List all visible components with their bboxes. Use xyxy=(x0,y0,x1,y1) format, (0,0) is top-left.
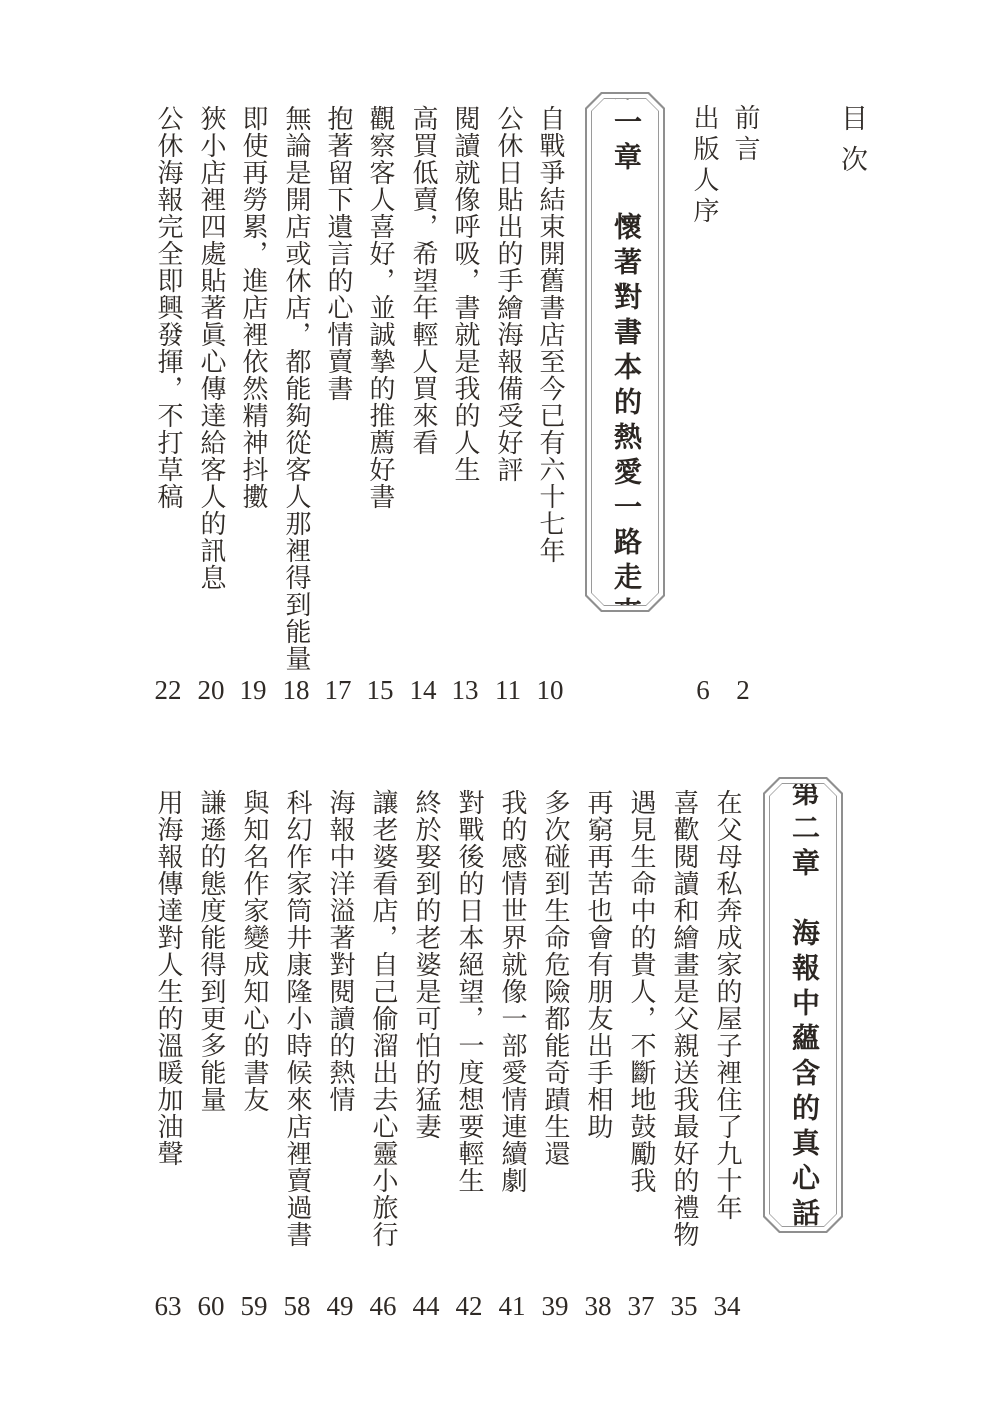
toc-entry-page: 63 xyxy=(143,1291,193,1321)
toc-entry-title: 多次碰到生命危險都能奇蹟生還 xyxy=(542,789,568,1167)
toc-entry-title: 對戰後的日本絕望，一度想要輕生 xyxy=(456,789,482,1194)
chapter-2-heading-box: 第二章 海報中蘊含的真心話 xyxy=(763,777,843,1233)
toc-entry-page: 42 xyxy=(444,1291,494,1321)
toc-entry-title: 狹小店裡四處貼著眞心傳達給客人的訊息 xyxy=(198,105,224,591)
toc-entry-title: 與知名作家變成知心的書友 xyxy=(241,789,267,1113)
toc-entry-title: 終於娶到的老婆是可怕的猛妻 xyxy=(413,789,439,1140)
front-matter-title: 前言 xyxy=(732,104,758,166)
front-matter-page: 6 xyxy=(678,675,728,705)
toc-entry-page: 20 xyxy=(186,675,236,705)
toc-entry-page: 39 xyxy=(530,1291,580,1321)
toc-entry-page: 37 xyxy=(616,1291,666,1321)
chapter-1-heading: 第一章 懷著對書本的熱愛一路走來 xyxy=(610,72,640,632)
toc-entry-title: 自戰爭結束開舊書店至今已有六十七年 xyxy=(537,105,563,564)
toc-entry-title: 閱讀就像呼吸，書就是我的人生 xyxy=(452,105,478,483)
toc-entry-title: 遇見生命中的貴人，不斷地鼓勵我 xyxy=(628,789,654,1194)
toc-entry-title: 海報中洋溢著對閱讀的熱情 xyxy=(327,789,353,1113)
toc-entry-page: 22 xyxy=(143,675,193,705)
toc-entry-title: 用海報傳達對人生的溫暖加油聲 xyxy=(155,789,181,1167)
toc-entry-title: 即使再勞累，進店裡依然精神抖擻 xyxy=(240,105,266,510)
toc-entry-title: 公休海報完全即興發揮，不打草稿 xyxy=(155,105,181,510)
toc-entry-title: 謙遜的態度能得到更多能量 xyxy=(198,789,224,1113)
toc-entry-page: 34 xyxy=(702,1291,752,1321)
chapter-frame-inner: 第一章 懷著對書本的熱愛一路走來 xyxy=(592,99,658,605)
toc-entry-title: 我的感情世界就像一部愛情連續劇 xyxy=(499,789,525,1194)
toc-entry-title: 再窮再苦也會有朋友出手相助 xyxy=(585,789,611,1140)
toc-page: 目次 前言 2 出版人序 6 第一章 懷著對書本的熱愛一路走來 自戰爭結束開舊書… xyxy=(0,0,1000,1419)
toc-entry-page: 18 xyxy=(271,675,321,705)
toc-entry-page: 60 xyxy=(186,1291,236,1321)
chapter-1-heading-box: 第一章 懷著對書本的熱愛一路走來 xyxy=(585,92,665,612)
toc-entry-title: 讓老婆看店，自己偷溜出去心靈小旅行 xyxy=(370,789,396,1248)
toc-entry-title: 科幻作家筒井康隆小時候來店裡賣過書 xyxy=(284,789,310,1248)
toc-entry-page: 11 xyxy=(483,675,533,705)
toc-entry-page: 38 xyxy=(573,1291,623,1321)
toc-entry-page: 59 xyxy=(229,1291,279,1321)
toc-entry-page: 14 xyxy=(398,675,448,705)
page-title: 目次 xyxy=(838,104,865,186)
front-matter-title: 出版人序 xyxy=(691,104,717,228)
toc-entry-title: 在父母私奔成家的屋子裡住了九十年 xyxy=(714,789,740,1221)
chapter-2-heading: 第二章 海報中蘊含的真心話 xyxy=(788,778,818,1233)
toc-entry-title: 抱著留下遺言的心情賣書 xyxy=(325,105,351,402)
toc-entry-title: 觀察客人喜好，並誠摯的推薦好書 xyxy=(367,105,393,510)
toc-entry-page: 46 xyxy=(358,1291,408,1321)
toc-entry-title: 公休日貼出的手繪海報備受好評 xyxy=(495,105,521,483)
toc-entry-title: 喜歡閱讀和繪畫是父親送我最好的禮物 xyxy=(671,789,697,1248)
toc-entry-page: 35 xyxy=(659,1291,709,1321)
toc-entry-page: 44 xyxy=(401,1291,451,1321)
toc-entry-title: 高買低賣，希望年輕人買來看 xyxy=(410,105,436,456)
toc-entry-page: 41 xyxy=(487,1291,537,1321)
toc-entry-page: 58 xyxy=(272,1291,322,1321)
chapter-frame-inner: 第二章 海報中蘊含的真心話 xyxy=(770,784,836,1226)
toc-entry-page: 49 xyxy=(315,1291,365,1321)
toc-entry-title: 無論是開店或休店，都能夠從客人那裡得到能量 xyxy=(283,105,309,672)
